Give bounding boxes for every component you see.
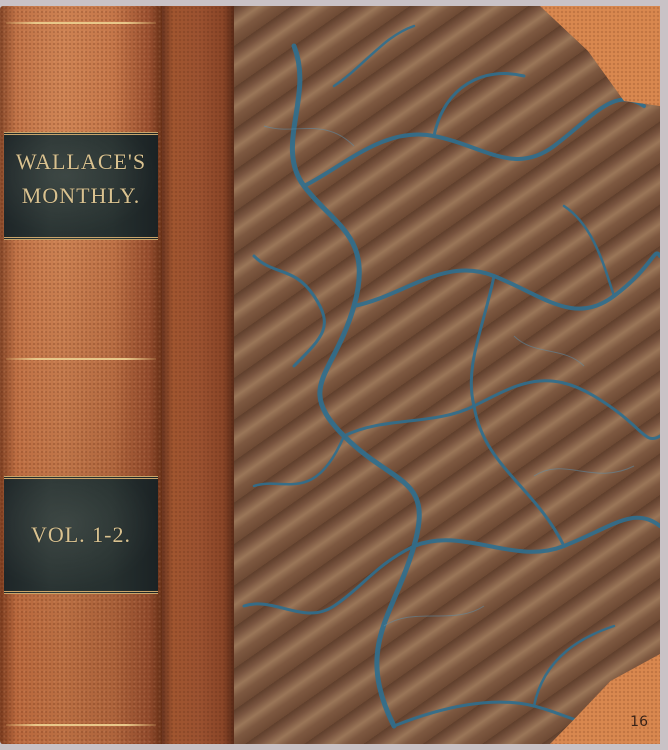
spine-volume-label: VOL. 1-2.	[4, 476, 158, 594]
book-spine: WALLACE'S MONTHLY. VOL. 1-2.	[0, 6, 162, 744]
corner-handwritten-mark: 16	[630, 714, 648, 730]
gilt-rule	[6, 22, 156, 24]
marble-veins	[234, 6, 660, 744]
spine-title-label: WALLACE'S MONTHLY.	[4, 132, 158, 240]
gilt-rule	[6, 358, 156, 360]
book-photo: WALLACE'S MONTHLY. VOL. 1-2.	[0, 0, 668, 750]
spine-title-line1: WALLACE'S	[4, 145, 158, 179]
leather-hinge-strip	[162, 6, 234, 744]
gilt-rule	[6, 724, 156, 726]
spine-title-line2: MONTHLY.	[4, 179, 158, 213]
marbled-board	[234, 6, 660, 744]
